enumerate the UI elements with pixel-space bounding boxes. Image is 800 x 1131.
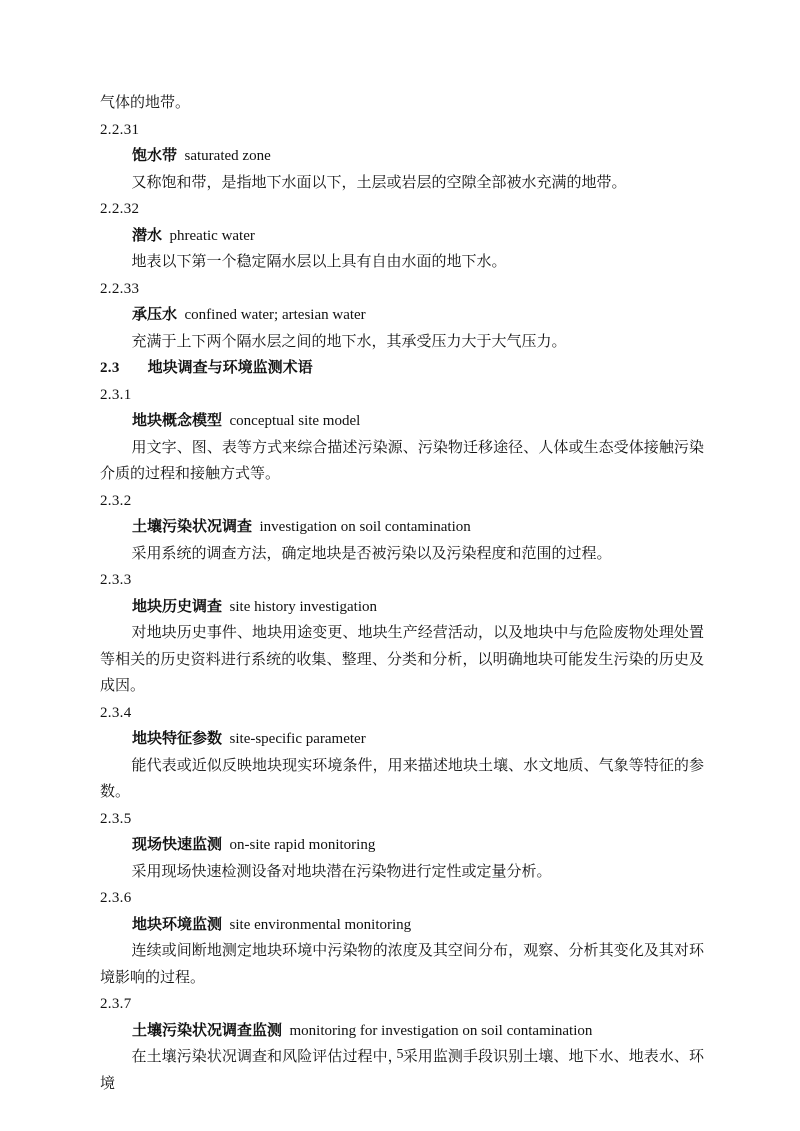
term-definition: 用文字、图、表等方式来综合描述污染源、污染物迁移途径、人体或生态受体接触污染介质… <box>100 435 704 488</box>
term-line: 地块特征参数site-specific parameter <box>100 726 704 753</box>
term-chinese: 地块概念模型 <box>132 412 222 429</box>
term-entry: 2.3.4 地块特征参数site-specific parameter 能代表或… <box>100 700 704 806</box>
section-title: 地块调查与环境监测术语 <box>148 359 313 376</box>
term-chinese: 土壤污染状况调查监测 <box>132 1022 282 1039</box>
term-english: saturated zone <box>185 148 271 164</box>
term-definition: 充满于上下两个隔水层之间的地下水，其承受压力大于大气压力。 <box>100 329 704 356</box>
term-english: site-specific parameter <box>230 731 366 747</box>
page-footer: 5 <box>0 1046 800 1064</box>
term-line: 饱水带saturated zone <box>100 143 704 170</box>
term-chinese: 地块历史调查 <box>132 598 222 615</box>
term-entry: 2.2.31 饱水带saturated zone 又称饱和带，是指地下水面以下，… <box>100 117 704 197</box>
clause-number: 2.3.4 <box>100 700 704 727</box>
section-heading: 2.3地块调查与环境监测术语 <box>100 355 704 382</box>
continuation-paragraph: 气体的地带。 <box>100 90 704 117</box>
term-definition: 连续或间断地测定地块环境中污染物的浓度及其空间分布，观察、分析其变化及其对环境影… <box>100 938 704 991</box>
term-entry: 2.3.2 土壤污染状况调查investigation on soil cont… <box>100 488 704 568</box>
term-line: 地块环境监测site environmental monitoring <box>100 912 704 939</box>
clause-number: 2.2.32 <box>100 196 704 223</box>
term-chinese: 饱水带 <box>132 147 177 164</box>
clause-number: 2.2.33 <box>100 276 704 303</box>
clause-number: 2.3.5 <box>100 806 704 833</box>
term-entry: 2.3.5 现场快速监测on-site rapid monitoring 采用现… <box>100 806 704 886</box>
term-chinese: 地块环境监测 <box>132 916 222 933</box>
term-line: 土壤污染状况调查监测monitoring for investigation o… <box>100 1018 704 1045</box>
clause-number: 2.2.31 <box>100 117 704 144</box>
term-english: monitoring for investigation on soil con… <box>290 1023 593 1039</box>
term-entry: 2.3.1 地块概念模型conceptual site model 用文字、图、… <box>100 382 704 488</box>
clause-number: 2.3.2 <box>100 488 704 515</box>
term-english: phreatic water <box>170 228 255 244</box>
term-line: 地块历史调查site history investigation <box>100 594 704 621</box>
term-line: 土壤污染状况调查investigation on soil contaminat… <box>100 514 704 541</box>
term-english: site environmental monitoring <box>230 917 412 933</box>
term-entry: 2.3.6 地块环境监测site environmental monitorin… <box>100 885 704 991</box>
term-line: 潜水phreatic water <box>100 223 704 250</box>
term-chinese: 现场快速监测 <box>132 836 222 853</box>
term-line: 承压水confined water; artesian water <box>100 302 704 329</box>
term-line: 现场快速监测on-site rapid monitoring <box>100 832 704 859</box>
term-definition: 采用系统的调查方法，确定地块是否被污染以及污染程度和范围的过程。 <box>100 541 704 568</box>
term-definition: 对地块历史事件、地块用途变更、地块生产经营活动，以及地块中与危险废物处理处置等相… <box>100 620 704 700</box>
clause-number: 2.3.1 <box>100 382 704 409</box>
term-english: site history investigation <box>230 599 378 615</box>
term-entry: 2.2.32 潜水phreatic water 地表以下第一个稳定隔水层以上具有… <box>100 196 704 276</box>
term-entry: 2.2.33 承压水confined water; artesian water… <box>100 276 704 356</box>
term-line: 地块概念模型conceptual site model <box>100 408 704 435</box>
term-chinese: 承压水 <box>132 306 177 323</box>
clause-number: 2.3.7 <box>100 991 704 1018</box>
term-english: confined water; artesian water <box>185 307 366 323</box>
term-entry: 2.3.3 地块历史调查site history investigation 对… <box>100 567 704 700</box>
term-definition: 地表以下第一个稳定隔水层以上具有自由水面的地下水。 <box>100 249 704 276</box>
term-chinese: 潜水 <box>132 227 162 244</box>
page-body: 气体的地带。 2.2.31 饱水带saturated zone 又称饱和带，是指… <box>100 90 704 1097</box>
section-number: 2.3 <box>100 360 120 376</box>
term-english: on-site rapid monitoring <box>230 837 376 853</box>
page-number: 5 <box>397 1047 404 1062</box>
term-entry: 2.3.7 土壤污染状况调查监测monitoring for investiga… <box>100 991 704 1097</box>
term-chinese: 土壤污染状况调查 <box>132 518 252 535</box>
term-chinese: 地块特征参数 <box>132 730 222 747</box>
term-definition: 又称饱和带，是指地下水面以下，土层或岩层的空隙全部被水充满的地带。 <box>100 170 704 197</box>
clause-number: 2.3.3 <box>100 567 704 594</box>
term-definition: 能代表或近似反映地块现实环境条件，用来描述地块土壤、水文地质、气象等特征的参数。 <box>100 753 704 806</box>
document-page: 气体的地带。 2.2.31 饱水带saturated zone 又称饱和带，是指… <box>0 0 800 1131</box>
term-english: investigation on soil contamination <box>260 519 471 535</box>
clause-number: 2.3.6 <box>100 885 704 912</box>
term-english: conceptual site model <box>230 413 361 429</box>
term-definition: 采用现场快速检测设备对地块潜在污染物进行定性或定量分析。 <box>100 859 704 886</box>
